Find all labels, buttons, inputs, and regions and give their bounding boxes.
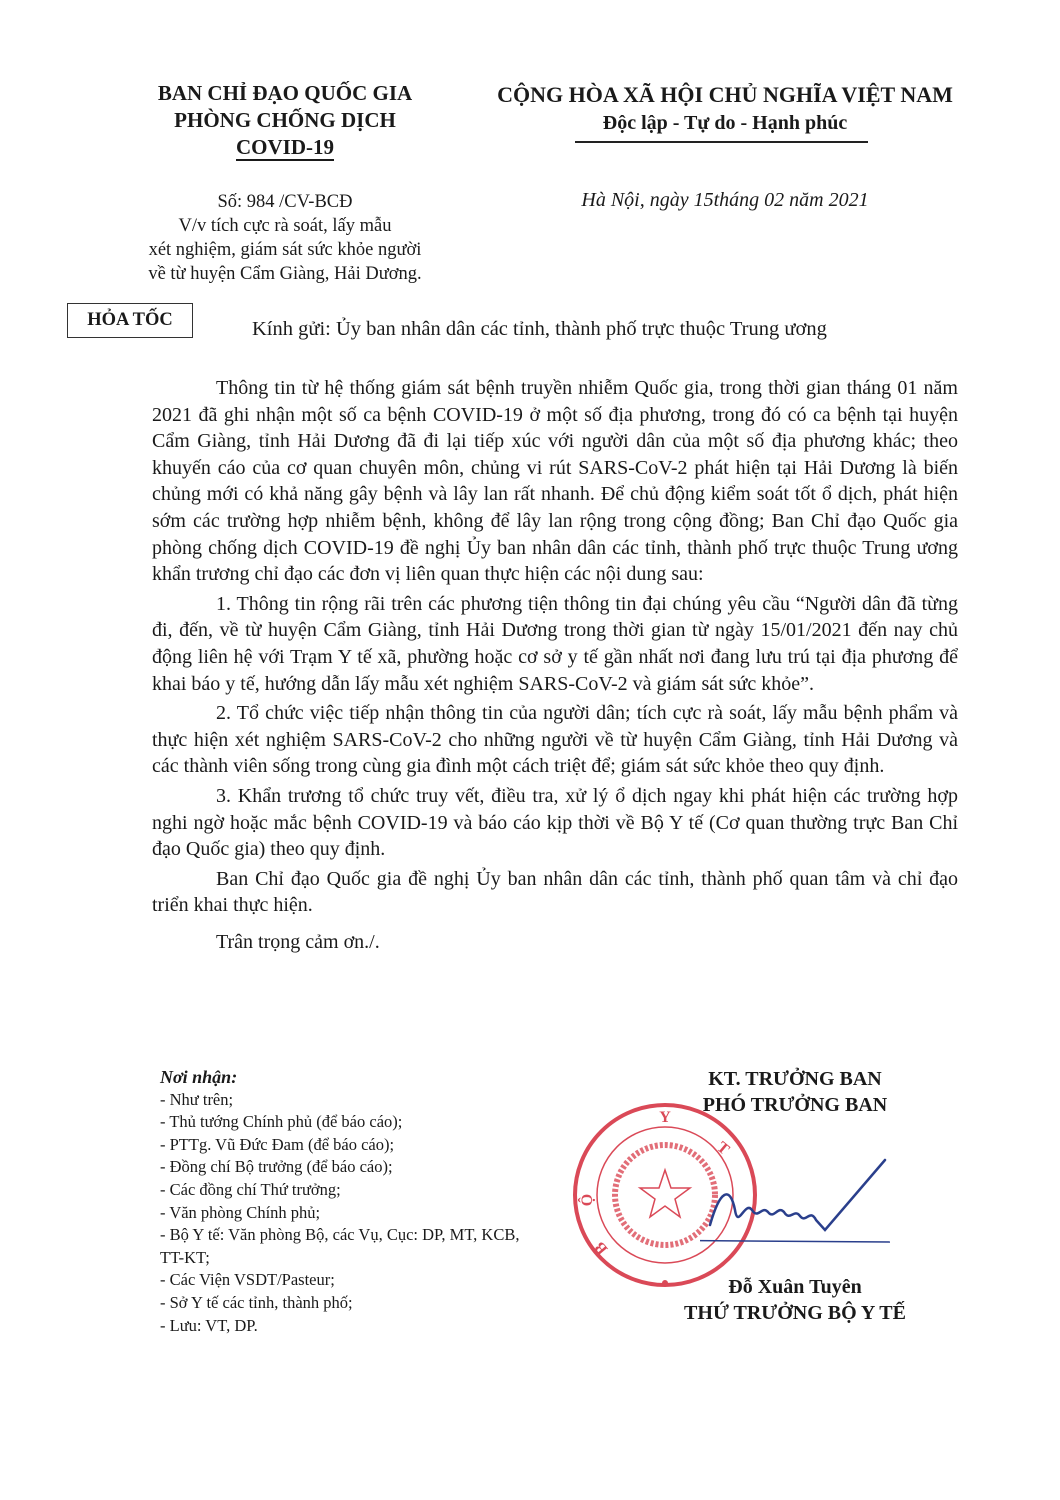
nation-name: CỘNG HÒA XÃ HỘI CHỦ NGHĨA VIỆT NAM	[470, 80, 980, 110]
subject-line: xét nghiệm, giám sát sức khỏe người	[110, 238, 460, 262]
recipient-item: - Sở Y tế các tỉnh, thành phố;	[160, 1292, 519, 1315]
recipient-item: - Như trên;	[160, 1089, 519, 1112]
urgency-badge: HỎA TỐC	[67, 303, 193, 338]
signer-block: Đỗ Xuân Tuyên THỨ TRƯỞNG BỘ Y TẾ	[660, 1274, 930, 1326]
document-date: Hà Nội, ngày 15tháng 02 năm 2021	[470, 189, 980, 212]
signer-title: THỨ TRƯỞNG BỘ Y TẾ	[660, 1300, 930, 1326]
recipient-item: - Bộ Y tế: Văn phòng Bộ, các Vụ, Cục: DP…	[160, 1224, 519, 1247]
svg-text:Ộ: Ộ	[578, 1194, 596, 1206]
signature-line-1: KT. TRƯỞNG BAN	[660, 1066, 930, 1092]
recipient-item: - Thủ tướng Chính phủ (để báo cáo);	[160, 1111, 519, 1134]
authority-line-1: BAN CHỈ ĐẠO QUỐC GIA	[110, 80, 460, 107]
recipients-title: Nơi nhận:	[160, 1066, 519, 1089]
thanks-line: Trân trọng cảm ơn./.	[152, 929, 958, 956]
document-number: Số: 984 /CV-BCĐ	[110, 190, 460, 214]
directive-item: 3. Khẩn trương tổ chức truy vết, điều tr…	[152, 783, 958, 863]
closing-paragraph: Ban Chỉ đạo Quốc gia đề nghị Ủy ban nhân…	[152, 866, 958, 919]
svg-text:Y: Y	[659, 1109, 671, 1126]
handwritten-signature-icon	[700, 1150, 890, 1250]
authority-line-2: PHÒNG CHỐNG DỊCH	[110, 107, 460, 134]
national-header: CỘNG HÒA XÃ HỘI CHỦ NGHĨA VIỆT NAM Độc l…	[470, 80, 980, 136]
directive-item: 2. Tổ chức việc tiếp nhận thông tin của …	[152, 700, 958, 780]
signer-name: Đỗ Xuân Tuyên	[660, 1274, 930, 1300]
directive-item: 1. Thông tin rộng rãi trên các phương ti…	[152, 591, 958, 697]
recipient-item: - Văn phòng Chính phủ;	[160, 1202, 519, 1225]
document-reference: Số: 984 /CV-BCĐ V/v tích cực rà soát, lấ…	[110, 190, 460, 286]
recipient-item: - Lưu: VT, DP.	[160, 1315, 519, 1338]
addressee: Kính gửi: Ủy ban nhân dân các tỉnh, thàn…	[252, 318, 827, 341]
recipient-item: - Các Viện VSDT/Pasteur;	[160, 1269, 519, 1292]
document-body: Thông tin từ hệ thống giám sát bệnh truy…	[152, 375, 958, 955]
recipient-item: - Đồng chí Bộ trưởng (để báo cáo);	[160, 1156, 519, 1179]
intro-paragraph: Thông tin từ hệ thống giám sát bệnh truy…	[152, 375, 958, 588]
subject-line: về từ huyện Cẩm Giàng, Hải Dương.	[110, 262, 460, 286]
recipient-item: - PTTg. Vũ Đức Đam (để báo cáo);	[160, 1134, 519, 1157]
national-motto: Độc lập - Tự do - Hạnh phúc	[470, 110, 980, 136]
recipient-item: TT-KT;	[160, 1247, 519, 1270]
svg-text:B: B	[591, 1238, 611, 1257]
issuing-authority: BAN CHỈ ĐẠO QUỐC GIA PHÒNG CHỐNG DỊCH CO…	[110, 80, 460, 161]
recipient-item: - Các đồng chí Thứ trưởng;	[160, 1179, 519, 1202]
recipients-list: Nơi nhận: - Như trên; - Thủ tướng Chính …	[160, 1066, 519, 1337]
subject-line: V/v tích cực rà soát, lấy mẫu	[110, 214, 460, 238]
motto-underline	[575, 141, 868, 143]
authority-line-3: COVID-19	[110, 134, 460, 161]
